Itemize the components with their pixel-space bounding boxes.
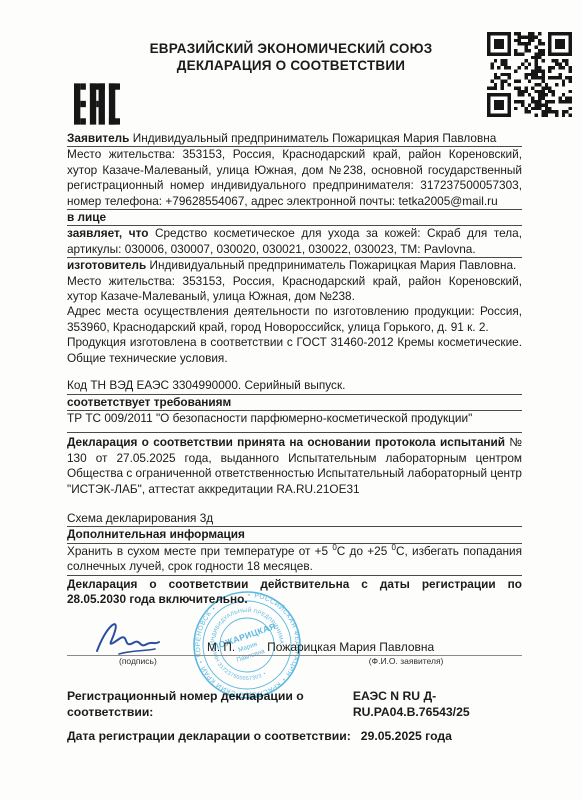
additional-info-row: Дополнительная информация [67,527,522,543]
scheme-row: Схема декларирования 3д [67,511,522,527]
tech-reg: ТР ТС 009/2011 "О безопасности парфюмерн… [67,411,522,426]
registration-number-row: Регистрационный номер декларации о соотв… [67,689,522,720]
production-address: Адрес места осуществления деятельности п… [67,304,522,335]
complies-row: соответствует требованиям [67,395,522,411]
registration-date-label: Дата регистрации декларации о соответств… [67,729,351,744]
storage-conditions: Хранить в сухом месте при температуре от… [67,544,522,575]
storage-section: Хранить в сухом месте при температуре от… [67,544,522,576]
applicant-label: Заявитель [67,131,129,145]
manufacturer-address: Место жительства: 353153, Россия, Красно… [67,274,522,305]
gost-line: Продукция изготовлена в соответствии с Г… [67,335,522,366]
validity-statement: Декларация о соответствии действительна … [67,577,522,606]
in-person-row: в лице [67,210,522,226]
complies-label: соответствует требованиям [67,395,231,409]
additional-info-label: Дополнительная информация [67,527,245,541]
declaration-document: ЕВРАЗИЙСКИЙ ЭКОНОМИЧЕСКИЙ СОЮЗ ДЕКЛАРАЦИ… [0,0,582,800]
manufacturer-section: изготовитель Индивидуальный предпринимат… [67,258,522,366]
tnved-code: Код ТН ВЭД ЕАЭС 3304990000. Серийный вып… [67,378,522,393]
declares-label: заявляет, что [67,226,148,240]
eac-mark-icon [74,78,120,135]
basis-section: Декларация о соответствии принята на осн… [67,435,522,497]
tech-reg-section: ТР ТС 009/2011 "О безопасности парфюмерн… [67,411,522,433]
applicant-address: Место жительства: 353153, Россия, Красно… [67,147,522,209]
declaration-body: Заявитель Индивидуальный предприниматель… [67,131,522,745]
handwritten-signature [89,615,199,659]
storage-mid: С до +25 [337,544,392,558]
scheme: Схема декларирования 3д [67,511,522,526]
declares-section: заявляет, что Средство косметическое для… [67,226,522,258]
registration-date-row: Дата регистрации декларации о соответств… [67,729,522,744]
fio-caption: (Ф.И.О. заявителя) [369,656,444,667]
qr-code [487,32,572,117]
registration-footer: Регистрационный номер декларации о соотв… [67,689,522,744]
registration-number-value: ЕАЭС N RU Д-RU.РА04.В.76543/25 [353,689,522,720]
place-of-seal: М. П. [207,640,235,655]
registration-date-value: 29.05.2025 года [361,729,452,744]
applicant-value: Индивидуальный предприниматель Пожарицка… [129,131,496,145]
manufacturer-label: изготовитель [67,258,146,272]
in-person-label: в лице [67,210,106,224]
applicant-signature-name: Пожарицкая Мария Павловна [267,640,434,655]
tnved-row: Код ТН ВЭД ЕАЭС 3304990000. Серийный вып… [67,378,522,394]
manufacturer-value: Индивидуальный предприниматель Пожарицка… [146,258,516,272]
applicant-address-section: Место жительства: 353153, Россия, Красно… [67,147,522,210]
applicant-row: Заявитель Индивидуальный предприниматель… [67,131,522,147]
basis-lead: Декларация о соответствии принята на осн… [67,435,505,449]
storage-pre: Хранить в сухом месте при температуре от… [67,544,332,558]
registration-number-label: Регистрационный номер декларации о соотв… [67,689,343,720]
signature-area: Декларация о соответствии действительна … [67,577,522,745]
signature-row: М. П. Пожарицкая Мария Павловна [67,615,522,656]
